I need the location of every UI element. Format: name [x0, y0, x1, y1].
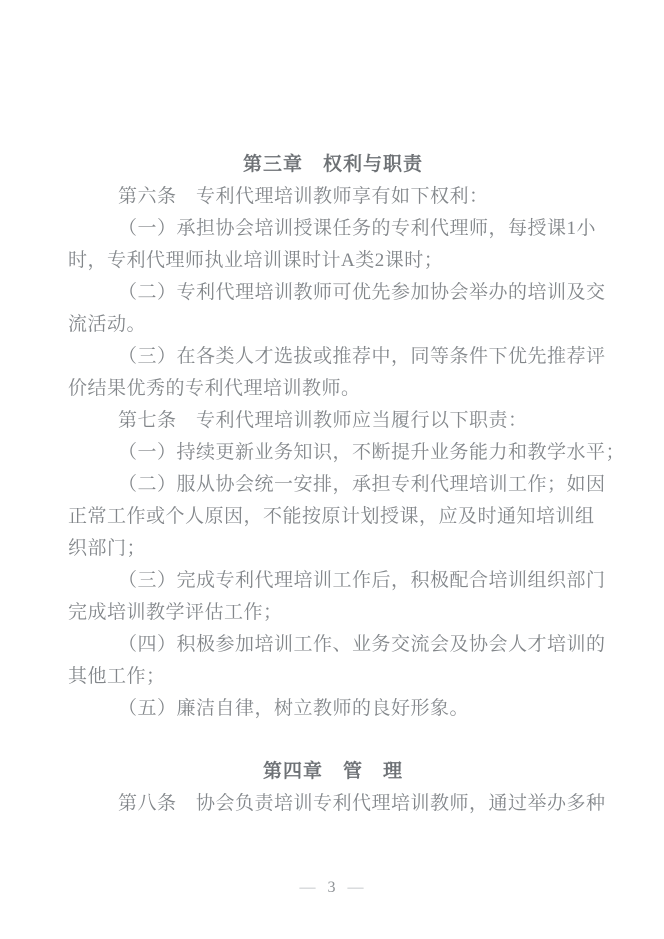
text-line: （一）承担协会培训授课任务的专利代理师，每授课1小	[68, 213, 598, 245]
paragraph: （一）持续更新业务知识，不断提升业务能力和教学水平；	[68, 437, 598, 469]
text-line: 正常工作或个人原因，不能按原计划授课，应及时通知培训组	[68, 501, 598, 533]
text-line: 织部门；	[68, 533, 598, 565]
text-line: 价结果优秀的专利代理培训教师。	[68, 373, 598, 405]
text-line: 第八条 协会负责培训专利代理培训教师，通过举办多种	[68, 788, 598, 820]
text-line: 流活动。	[68, 309, 598, 341]
page-footer: —3—	[0, 876, 664, 900]
text-line: 其他工作；	[68, 661, 598, 693]
document-page: 第三章 权利与职责第六条 专利代理培训教师享有如下权利：（一）承担协会培训授课任…	[0, 0, 664, 939]
footer-left-dash: —	[300, 879, 317, 896]
text-line: （二）服从协会统一安排，承担专利代理培训工作；如因	[68, 469, 598, 501]
paragraph: （三）完成专利代理培训工作后，积极配合培训组织部门完成培训教学评估工作；	[68, 565, 598, 629]
document-body: 第三章 权利与职责第六条 专利代理培训教师享有如下权利：（一）承担协会培训授课任…	[68, 149, 598, 820]
text-line: （二）专利代理培训教师可优先参加协会举办的培训及交	[68, 277, 598, 309]
paragraph: 第七条 专利代理培训教师应当履行以下职责：	[68, 405, 598, 437]
paragraph: （四）积极参加培训工作、业务交流会及协会人才培训的其他工作；	[68, 629, 598, 693]
paragraph: （一）承担协会培训授课任务的专利代理师，每授课1小时，专利代理师执业培训课时计A…	[68, 213, 598, 277]
paragraph: （三）在各类人才选拔或推荐中，同等条件下优先推荐评价结果优秀的专利代理培训教师。	[68, 341, 598, 405]
paragraph: （二）服从协会统一安排，承担专利代理培训工作；如因正常工作或个人原因，不能按原计…	[68, 469, 598, 565]
text-line: （三）完成专利代理培训工作后，积极配合培训组织部门	[68, 565, 598, 597]
paragraph: 第六条 专利代理培训教师享有如下权利：	[68, 181, 598, 213]
paragraph: （五）廉洁自律，树立教师的良好形象。	[68, 693, 598, 725]
chapter-heading: 第三章 权利与职责	[68, 149, 598, 181]
text-line: （一）持续更新业务知识，不断提升业务能力和教学水平；	[68, 437, 598, 469]
text-line: （四）积极参加培训工作、业务交流会及协会人才培训的	[68, 629, 598, 661]
text-line: 第六条 专利代理培训教师享有如下权利：	[68, 181, 598, 213]
footer-right-dash: —	[348, 879, 365, 896]
text-line: （五）廉洁自律，树立教师的良好形象。	[68, 693, 598, 725]
paragraph: 第八条 协会负责培训专利代理培训教师，通过举办多种	[68, 788, 598, 820]
chapter-heading: 第四章 管 理	[68, 756, 598, 788]
text-line: （三）在各类人才选拔或推荐中，同等条件下优先推荐评	[68, 341, 598, 373]
page-number: 3	[317, 879, 348, 896]
paragraph: （二）专利代理培训教师可优先参加协会举办的培训及交流活动。	[68, 277, 598, 341]
text-line: 第七条 专利代理培训教师应当履行以下职责：	[68, 405, 598, 437]
text-line: 完成培训教学评估工作；	[68, 597, 598, 629]
text-line: 时，专利代理师执业培训课时计A类2课时；	[68, 245, 598, 277]
